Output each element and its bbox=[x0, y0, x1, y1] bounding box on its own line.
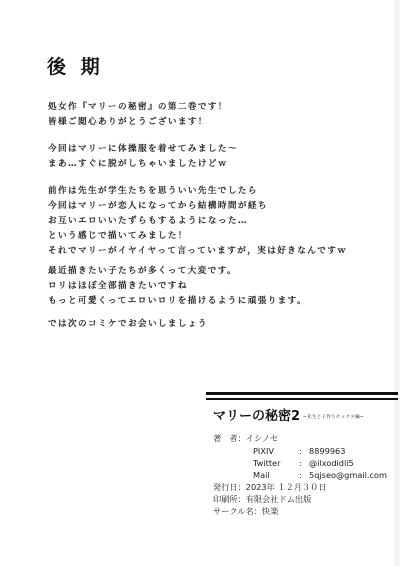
afterword-page: 後 期 処女作『マリーの秘密』の第二巻です！ 皆様ご閲心ありがとうございます！ … bbox=[0, 0, 400, 566]
page-title: 後 期 bbox=[47, 52, 104, 79]
issue-date: 発行日：2023年 １２月３０日 bbox=[213, 482, 327, 493]
text-line: 皆様ご閲心ありがとうございます！ bbox=[48, 115, 228, 130]
printer: 印刷所：有限会社ドム出版 bbox=[213, 494, 311, 505]
author-name: イシノセ bbox=[246, 433, 278, 443]
contact-value: 8899963 bbox=[309, 446, 345, 456]
text-line: では次のコミケでお会いしましょう bbox=[48, 317, 208, 332]
page-edge bbox=[394, 0, 400, 566]
text-line: ロリはほぼ全部描きたいですね bbox=[48, 279, 307, 294]
text-line: 今回はマリーに体操服を着せてみました～ bbox=[48, 142, 238, 157]
contact-value: 5qjseo@gmail.com bbox=[309, 470, 387, 480]
contact-value: @ilxodidli5 bbox=[309, 458, 354, 468]
circle-name: サークル名：快楽 bbox=[213, 506, 278, 517]
text-line: 最近描きたい子たちが多くって大変です。 bbox=[48, 264, 307, 279]
contact-mail: Mail:5qjseo@gmail.com bbox=[253, 470, 387, 480]
author-label: 著 者： bbox=[213, 433, 246, 443]
text-line: 今回はマリーが恋人になってから結構時間が経ち bbox=[48, 199, 347, 214]
colophon-book-title: マリーの秘密2~先生と子作りセックス編~ bbox=[213, 405, 364, 424]
contact-label: PIXIV bbox=[253, 446, 299, 456]
text-line: 処女作『マリーの秘密』の第二巻です！ bbox=[48, 100, 228, 115]
paragraph-1: 処女作『マリーの秘密』の第二巻です！ 皆様ご閲心ありがとうございます！ bbox=[48, 100, 228, 130]
paragraph-2: 今回はマリーに体操服を着せてみました～ まあ…すぐに脱がしちゃいましたけどｗ bbox=[48, 142, 238, 172]
author-line: 著 者：イシノセ bbox=[213, 433, 278, 444]
contact-twitter: Twitter:@ilxodidli5 bbox=[253, 458, 354, 468]
contact-pixiv: PIXIV:8899963 bbox=[253, 446, 345, 456]
paragraph-5: では次のコミケでお会いしましょう bbox=[48, 317, 208, 332]
text-line: お互いエロいいたずらもするようになった… bbox=[48, 214, 347, 229]
book-title: マリーの秘密2 bbox=[213, 409, 300, 424]
text-line: 前作は先生が学生たちを思ういい先生でしたら bbox=[48, 184, 347, 199]
contact-label: Mail bbox=[253, 470, 299, 480]
paragraph-4: 最近描きたい子たちが多くって大変です。 ロリはほぼ全部描きたいですね もっと可愛… bbox=[48, 264, 307, 309]
text-line: という感じで描いてみました！ bbox=[48, 229, 347, 244]
text-line: もっと可愛くってエロいロリを描けるように頑張ります。 bbox=[48, 294, 307, 309]
divider-thin bbox=[206, 398, 398, 400]
divider-thick bbox=[206, 392, 398, 395]
text-line: それでマリーがイヤイヤって言っていますが，実は好きなんですｗ bbox=[48, 244, 347, 259]
contact-label: Twitter bbox=[253, 458, 299, 468]
paragraph-3: 前作は先生が学生たちを思ういい先生でしたら 今回はマリーが恋人になってから結構時… bbox=[48, 184, 347, 259]
text-line: まあ…すぐに脱がしちゃいましたけどｗ bbox=[48, 157, 238, 172]
book-subtitle: ~先生と子作りセックス編~ bbox=[303, 415, 364, 420]
